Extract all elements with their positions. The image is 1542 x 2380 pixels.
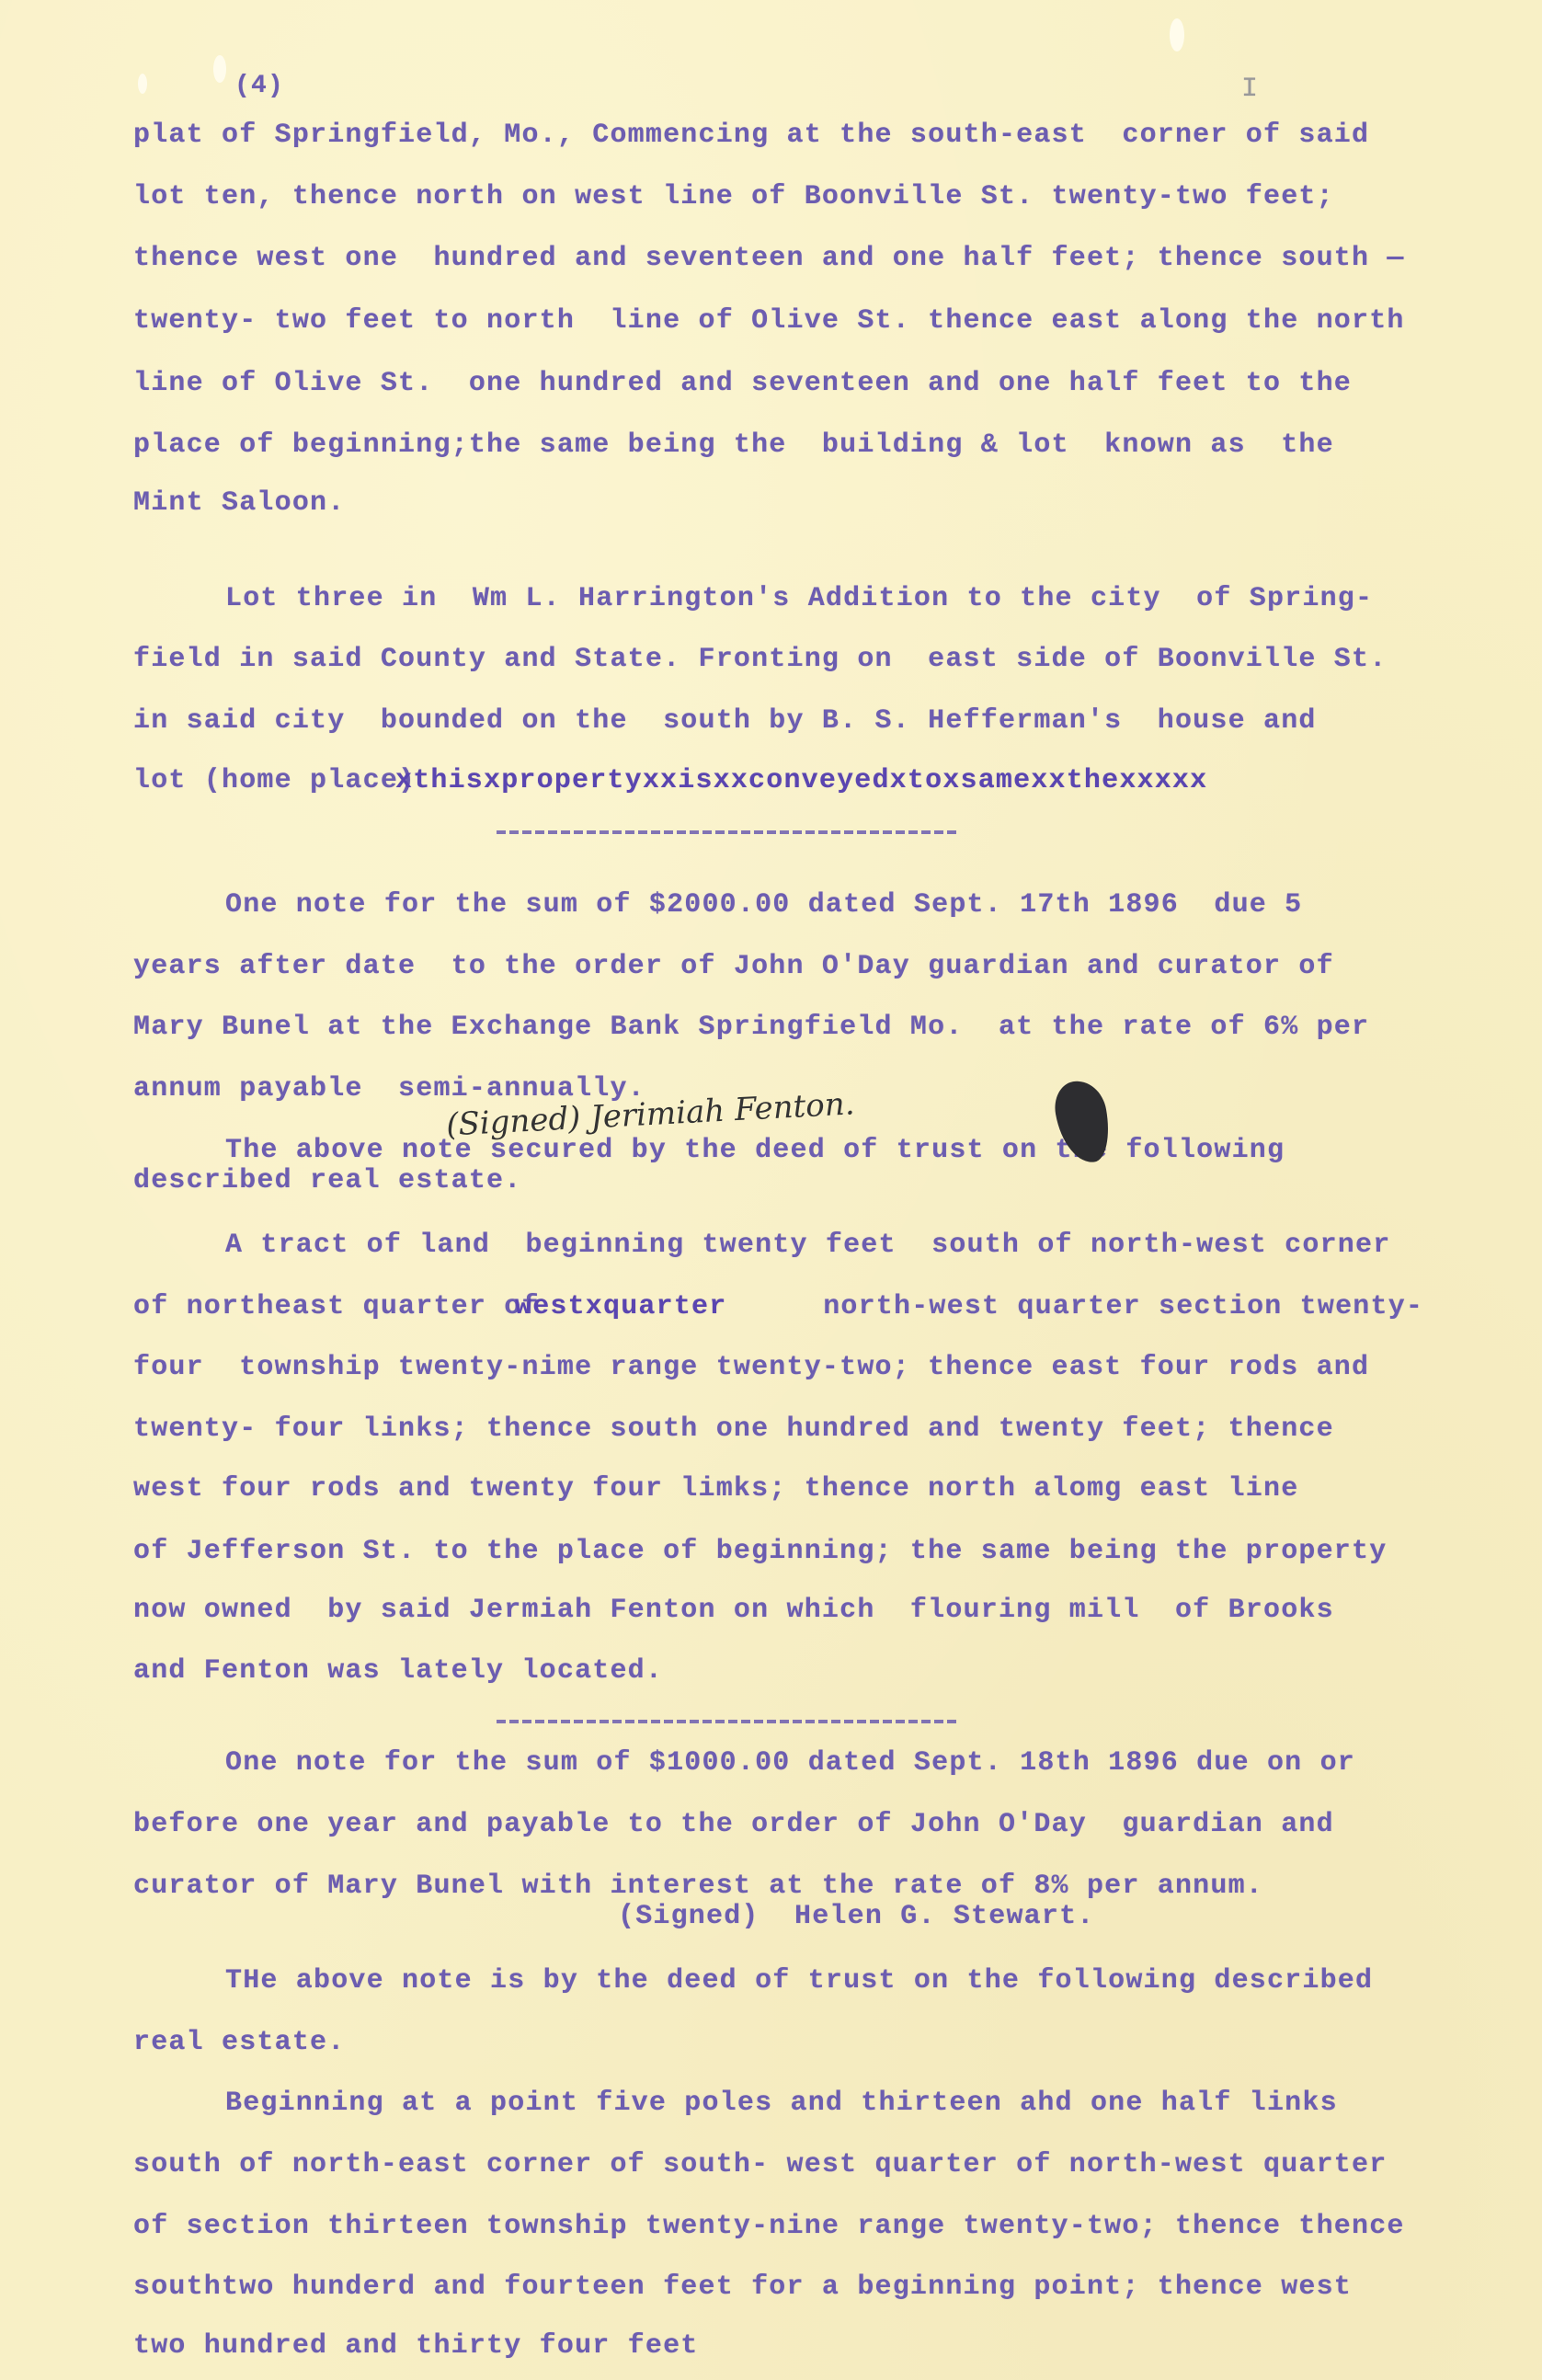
text-line: The above note secured by the deed of tr… — [225, 1135, 1285, 1166]
text-line: line of Olive St. one hundred and sevent… — [133, 368, 1352, 399]
text-line: (Signed) Helen G. Stewart. — [618, 1901, 1094, 1932]
text-line: twenty- two feet to north line of Olive … — [133, 305, 1405, 337]
text-line: before one year and payable to the order… — [133, 1809, 1334, 1840]
paper-damage — [213, 55, 226, 83]
text-line: curator of Mary Bunel with interest at t… — [133, 1871, 1263, 1902]
text-line: plat of Springfield, Mo., Commencing at … — [133, 120, 1369, 151]
text-line: west four rods and twenty four limks; th… — [133, 1473, 1298, 1505]
text-line: real estate. — [133, 2027, 345, 2058]
text-line: Beginning at a point five poles and thir… — [225, 2088, 1338, 2119]
text-line: thence west one hundred and seventeen an… — [133, 243, 1405, 274]
text-line: One note for the sum of $2000.00 dated S… — [225, 889, 1302, 921]
page-number: (4) — [234, 72, 284, 100]
text-line: north-west quarter section twenty- — [805, 1291, 1423, 1322]
text-line: two hundred and thirty four feet — [133, 2330, 699, 2362]
text-line: now owned by said Jermiah Fenton on whic… — [133, 1595, 1334, 1626]
paper-damage — [1170, 18, 1184, 51]
text-line: four township twenty-nime range twenty-t… — [133, 1352, 1369, 1383]
struck-out-text: westxquarter — [515, 1291, 726, 1322]
text-line: lot (home place) — [133, 765, 416, 796]
text-line: One note for the sum of $1000.00 dated S… — [225, 1747, 1355, 1779]
text-line: Mint Saloon. — [133, 487, 345, 519]
text-line: lot ten, thence north on west line of Bo… — [133, 181, 1334, 212]
text-line: A tract of land beginning twenty feet so… — [225, 1230, 1390, 1261]
text-line: THe above note is by the deed of trust o… — [225, 1965, 1373, 1997]
document-page: (4) I plat of Springfield, Mo., Commenci… — [0, 0, 1542, 2380]
text-line: southtwo hunderd and fourteen feet for a… — [133, 2271, 1352, 2303]
text-line: of section thirteen township twenty-nine… — [133, 2211, 1405, 2242]
text-line: place of beginning;the same being the bu… — [133, 429, 1334, 461]
text-line: described real estate. — [133, 1165, 521, 1196]
section-divider — [497, 830, 956, 834]
text-line: of Jefferson St. to the place of beginni… — [133, 1536, 1387, 1567]
text-line: Mary Bunel at the Exchange Bank Springfi… — [133, 1012, 1369, 1043]
text-line: in said city bounded on the south by B. … — [133, 705, 1317, 737]
text-line: of northeast quarter of — [133, 1291, 557, 1322]
text-line: field in said County and State. Fronting… — [133, 644, 1387, 675]
corner-mark: I — [1241, 74, 1259, 105]
text-line: south of north-east corner of south- wes… — [133, 2149, 1387, 2180]
text-line: twenty- four links; thence south one hun… — [133, 1413, 1334, 1445]
text-line: Lot three in Wm L. Harrington's Addition… — [225, 583, 1373, 614]
text-line: and Fenton was lately located. — [133, 1655, 663, 1687]
text-line: years after date to the order of John O'… — [133, 951, 1334, 982]
struck-out-text: xthisxpropertyxxisxxconveyedxtoxsamexxth… — [395, 765, 1207, 796]
section-divider — [497, 1720, 956, 1723]
paper-damage — [138, 74, 147, 94]
